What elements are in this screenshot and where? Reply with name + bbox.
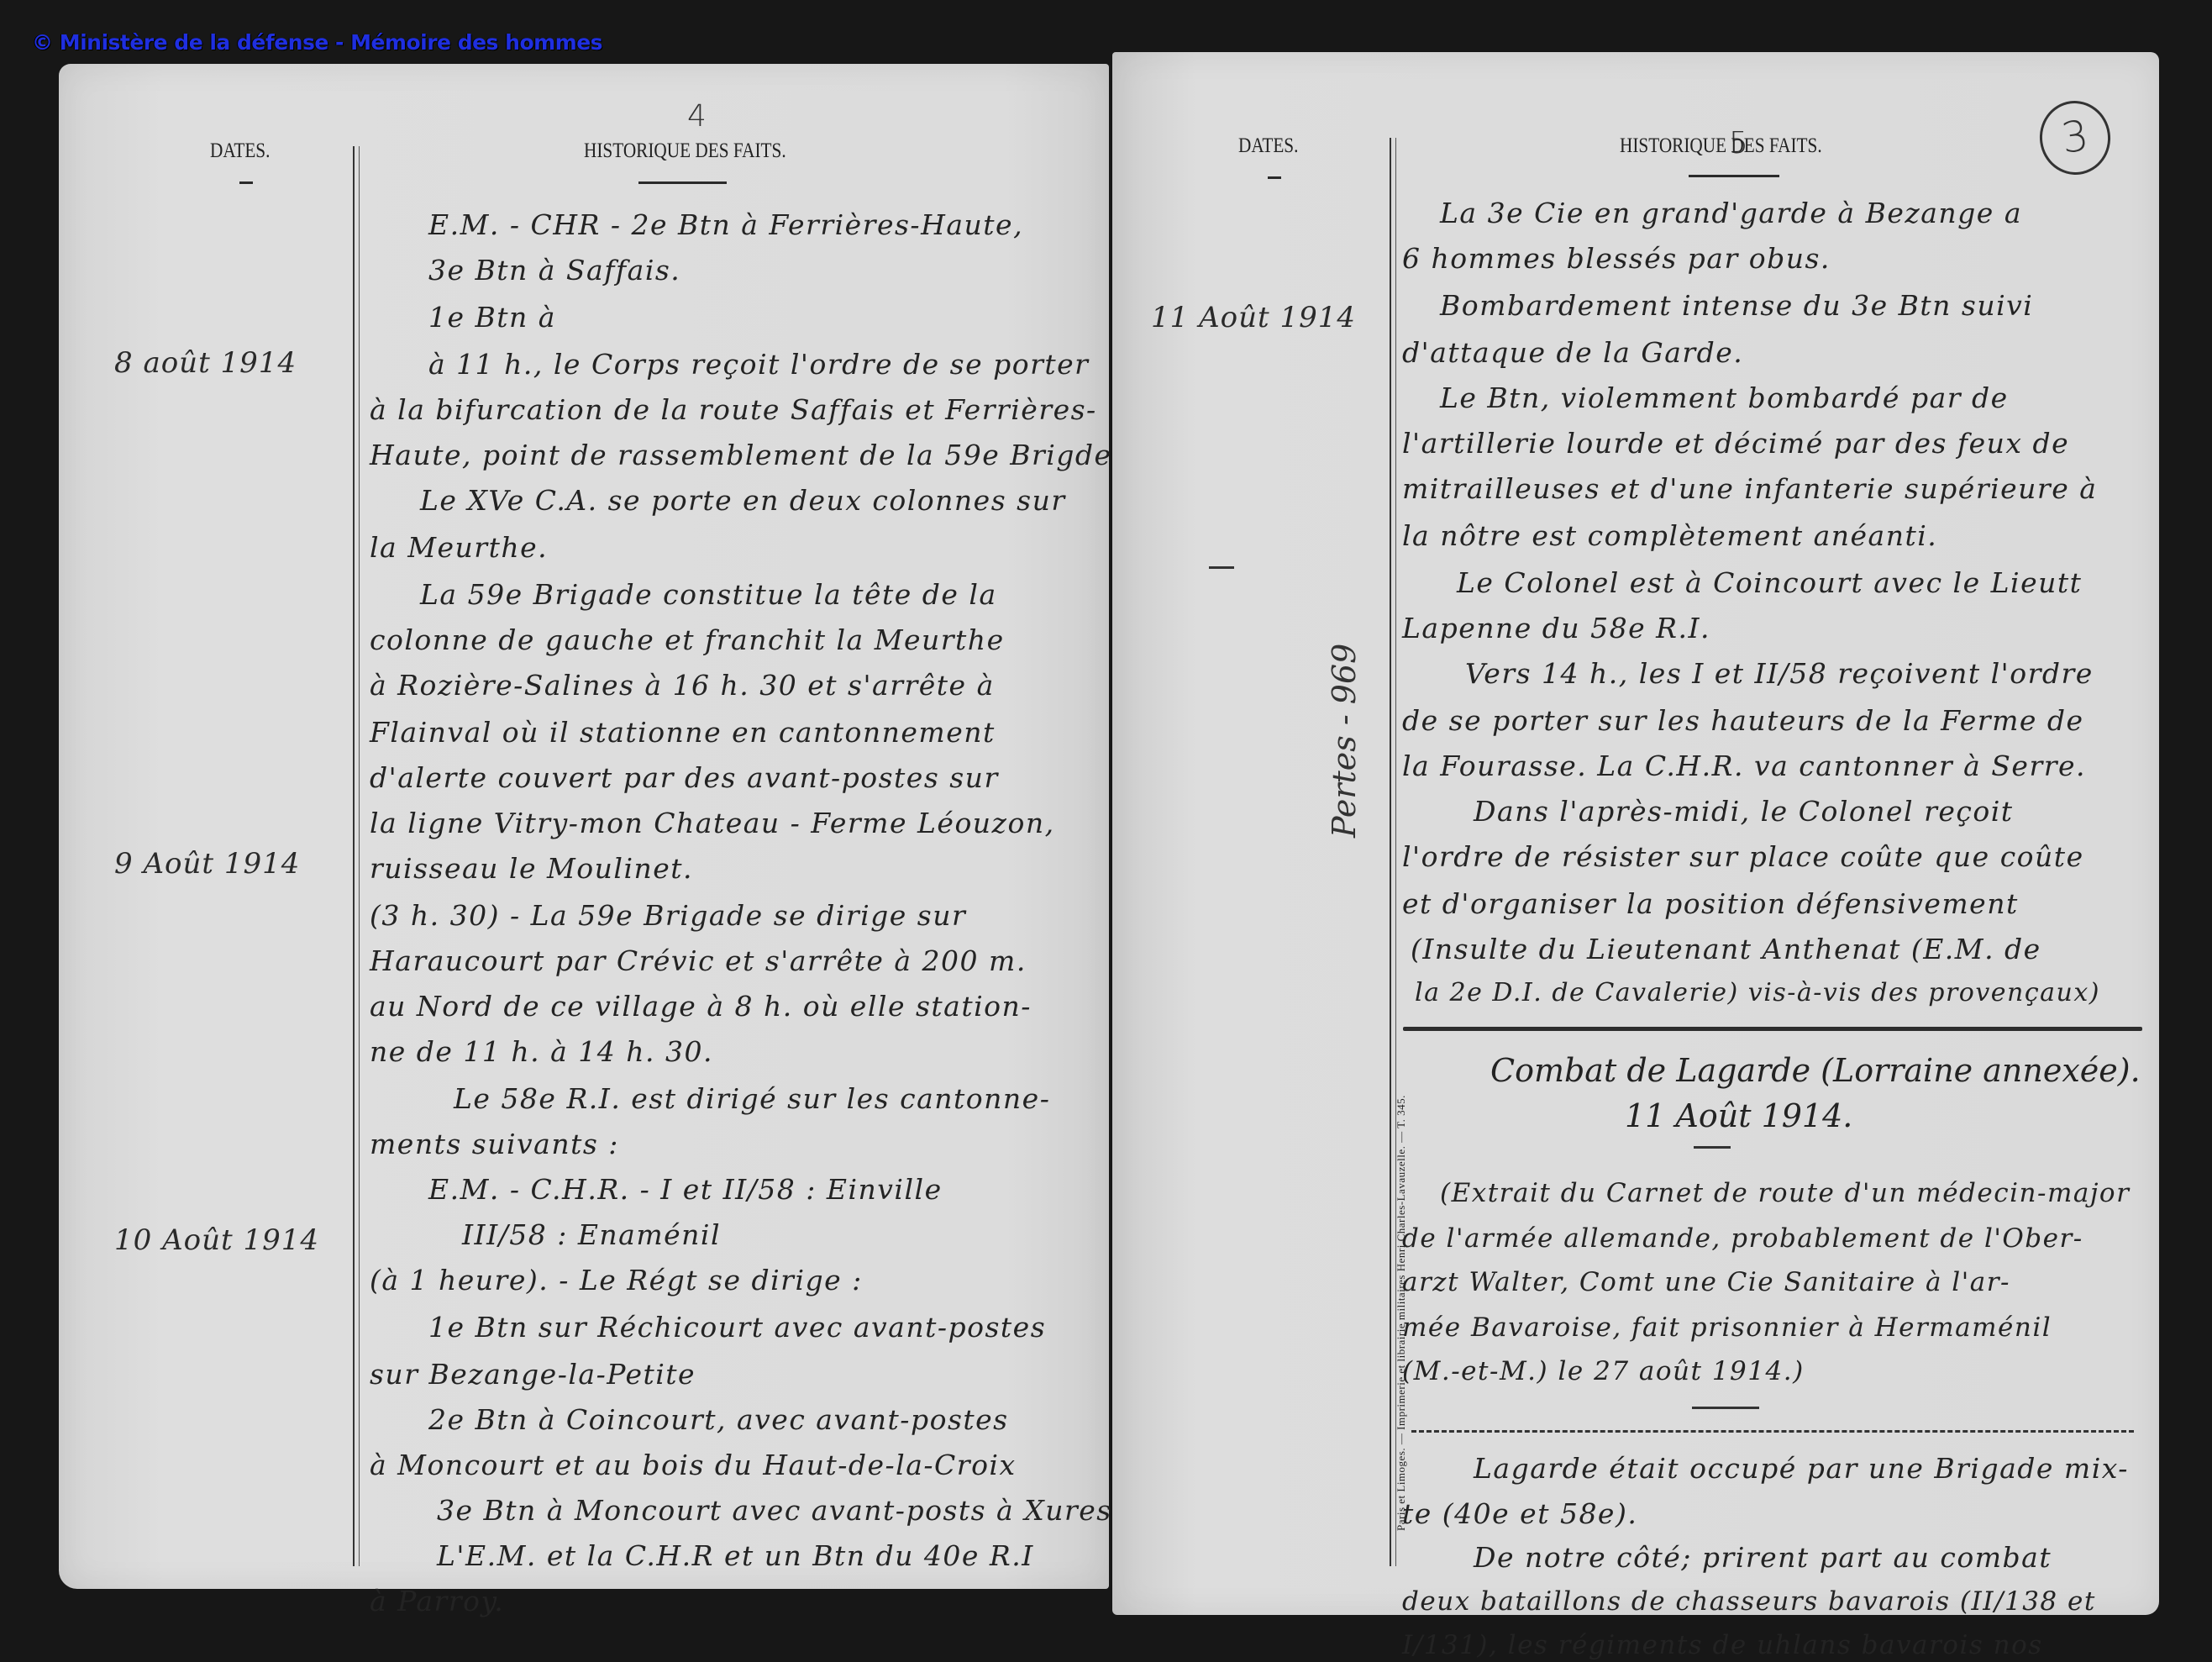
text-line: d'alerte couvert par des avant-postes su…	[370, 761, 999, 794]
text-line: Le 58e R.I. est dirigé sur les cantonne-	[454, 1082, 1050, 1115]
text-line: l'artillerie lourde et décimé par des fe…	[1402, 427, 2069, 460]
text-line: l'ordre de résister sur place coûte que …	[1402, 840, 2084, 873]
text-line: Flainval où il stationne en cantonnement	[370, 716, 996, 749]
page-number: 4	[687, 99, 707, 134]
text-line: la Meurthe.	[370, 531, 548, 564]
text-line: Le Btn, violemment bombardé par de	[1440, 381, 2009, 414]
extract-line: de l'armée allemande, probablement de l'…	[1402, 1223, 2083, 1254]
history-header: HISTORIQUE DES FAITS.	[1620, 134, 1822, 158]
date-entry: 8 août 1914	[114, 346, 297, 380]
text-line: la Fourasse. La C.H.R. va cantonner à Se…	[1402, 749, 2086, 782]
text-line: Haraucourt par Crévic et s'arrête à 200 …	[370, 944, 1027, 977]
dates-header: DATES.	[210, 139, 270, 163]
body-line: te (40e et 58e).	[1402, 1497, 1637, 1530]
text-line: la nôtre est complètement anéanti.	[1402, 519, 1937, 552]
text-line: 1e Btn sur Réchicourt avec avant-postes	[428, 1311, 1046, 1344]
text-line: sur Bezange-la-Petite	[370, 1358, 696, 1391]
text-line: à 11 h., le Corps reçoit l'ordre de se p…	[428, 348, 1089, 381]
text-line: Haute, point de rassemblement de la 59e …	[370, 439, 1112, 471]
body-line: deux bataillons de chasseurs bavarois (I…	[1402, 1586, 2096, 1617]
text-line: III/58 : Enaménil	[462, 1218, 721, 1251]
text-line: à Rozière-Salines à 16 h. 30 et s'arrête…	[370, 669, 995, 702]
text-line: de se porter sur les hauteurs de la Ferm…	[1402, 704, 2084, 737]
text-line: 3e Btn à Saffais.	[428, 254, 680, 287]
text-line: mitrailleuses et d'une infanterie supéri…	[1402, 472, 2097, 505]
text-line: L'E.M. et la C.H.R et un Btn du 40e R.I	[437, 1539, 1034, 1572]
history-header-underline	[1689, 175, 1779, 177]
folio-number: 3	[2035, 97, 2115, 180]
date-entry: 10 Août 1914	[114, 1223, 319, 1257]
section-title-underline	[1694, 1146, 1731, 1149]
text-line: E.M. - CHR - 2e Btn à Ferrières-Haute,	[428, 208, 1023, 241]
text-line: (à 1 heure). - Le Régt se dirige :	[370, 1264, 863, 1296]
extract-line: mée Bavaroise, fait prisonnier à Hermamé…	[1402, 1312, 2052, 1343]
right-page: 5 3 DATES. HISTORIQUE DES FAITS. 11 Août…	[1112, 52, 2159, 1615]
dates-header-underline	[239, 181, 253, 184]
text-line: d'attaque de la Garde.	[1402, 336, 1743, 369]
history-header: HISTORIQUE DES FAITS.	[584, 139, 786, 163]
text-line: Bombardement intense du 3e Btn suivi	[1440, 289, 2033, 322]
left-page: 4 DATES. HISTORIQUE DES FAITS. 8 août 19…	[59, 64, 1109, 1589]
text-line: à Parroy.	[370, 1585, 504, 1617]
text-line: Le Colonel est à Coincourt avec le Lieut…	[1457, 566, 2082, 599]
text-line: Le XVe C.A. se porte en deux colonnes su…	[420, 484, 1066, 517]
extract-line: (Extrait du Carnet de route d'un médecin…	[1440, 1178, 2130, 1208]
text-line: colonne de gauche et franchit la Meurthe	[370, 623, 1005, 656]
body-line: Lagarde était occupé par une Brigade mix…	[1474, 1452, 2129, 1485]
extract-line: arzt Walter, Comt une Cie Sanitaire à l'…	[1402, 1267, 2010, 1297]
body-line: De notre côté; prirent part au combat	[1474, 1541, 2052, 1574]
text-line: La 59e Brigade constitue la tête de la	[420, 578, 997, 611]
text-line: au Nord de ce village à 8 h. où elle sta…	[370, 990, 1032, 1023]
text-line: ne de 11 h. à 14 h. 30.	[370, 1035, 713, 1068]
watermark: © Ministère de la défense - Mémoire des …	[32, 30, 602, 55]
text-line: Lapenne du 58e R.I.	[1402, 612, 1710, 644]
text-line: à la bifurcation de la route Saffais et …	[370, 393, 1097, 426]
dates-header: DATES.	[1238, 134, 1298, 158]
text-line: ments suivants :	[370, 1128, 619, 1160]
text-line: E.M. - C.H.R. - I et II/58 : Einville	[428, 1173, 943, 1206]
text-line: (3 h. 30) - La 59e Brigade se dirige sur	[370, 899, 966, 932]
text-line: 2e Btn à Coincourt, avec avant-postes	[428, 1403, 1009, 1436]
text-line: 6 hommes blessés par obus.	[1402, 242, 1831, 275]
text-line: la ligne Vitry-mon Chateau - Ferme Léouz…	[370, 807, 1055, 839]
dates-header-underline	[1268, 176, 1281, 179]
text-line: et d'organiser la position défensivement	[1402, 887, 2019, 920]
text-line: 1e Btn à	[428, 301, 556, 334]
text-line: La 3e Cie en grand'garde à Bezange a	[1440, 197, 2022, 229]
text-line: à Moncourt et au bois du Haut-de-la-Croi…	[370, 1449, 1017, 1481]
date-entry: 11 Août 1914	[1151, 301, 1356, 334]
section-title: Combat de Lagarde (Lorraine annexée).	[1490, 1052, 2141, 1089]
text-line: Dans l'après-midi, le Colonel reçoit	[1474, 795, 2014, 828]
extract-underline	[1692, 1407, 1759, 1409]
text-line: la 2e D.I. de Cavalerie) vis-à-vis des p…	[1415, 978, 2100, 1007]
extract-line: (M.-et-M.) le 27 août 1914.)	[1402, 1356, 1805, 1386]
text-line: 3e Btn à Moncourt avec avant-posts à Xur…	[437, 1494, 1122, 1527]
text-line: (Insulte du Lieutenant Anthenat (E.M. de	[1411, 933, 2041, 965]
dashed-divider	[1411, 1430, 2134, 1433]
section-divider	[1403, 1027, 2142, 1031]
body-line: I/131), les régiments de uhlans bavarois…	[1402, 1630, 2043, 1660]
date-entry: 9 Août 1914	[114, 847, 300, 881]
text-line: ruisseau le Moulinet.	[370, 852, 693, 885]
history-header-underline	[638, 181, 727, 184]
margin-note-losses: Pertes - 969	[1326, 644, 1363, 838]
margin-dash	[1209, 566, 1234, 569]
column-divider	[353, 146, 360, 1566]
section-date: 11 Août 1914.	[1625, 1097, 1852, 1134]
text-line: Vers 14 h., les I et II/58 reçoivent l'o…	[1465, 657, 2094, 690]
